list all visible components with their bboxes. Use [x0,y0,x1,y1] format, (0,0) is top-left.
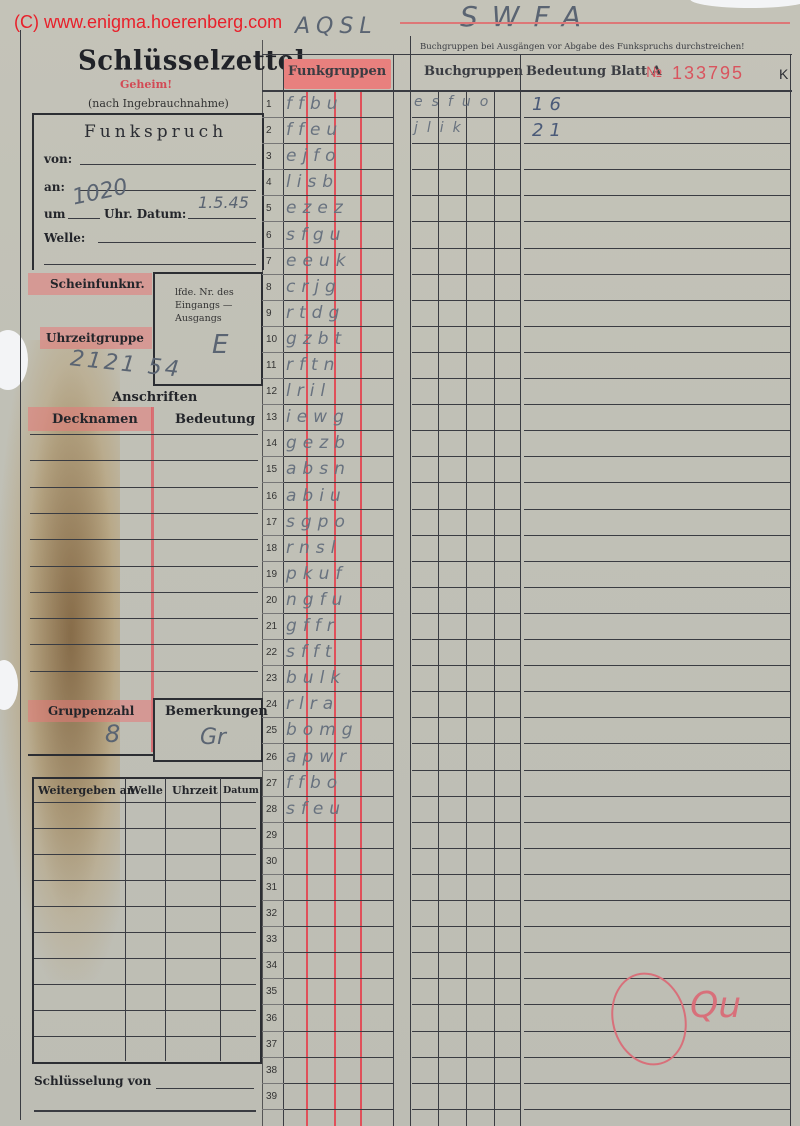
row-number: 16 [266,491,288,502]
row-number: 8 [266,282,288,293]
row-number: 1 [266,99,288,110]
weitergabe-line[interactable] [34,854,256,855]
funkgruppe-cell[interactable]: lisb [286,172,339,192]
funkgruppe-cell[interactable]: rnsl [286,538,341,558]
row-number: 33 [266,934,288,945]
anschriften-line[interactable] [30,513,258,514]
funk-row-line [284,1109,394,1110]
funkgruppe-cell[interactable]: gezb [286,433,351,453]
table-row: 7eeuk [262,249,792,275]
funkgruppe-cell[interactable]: abiu [286,486,347,506]
row-number: 34 [266,960,288,971]
weitergabe-header-2: Welle [129,784,163,797]
table-row: 33 [262,927,792,953]
anschriften-line[interactable] [30,671,258,672]
weitergabe-table [32,777,262,1064]
bed-row-line [524,1109,790,1110]
row-number: 29 [266,830,288,841]
anschriften-line[interactable] [30,566,258,567]
funkgruppe-cell[interactable]: sfft [286,642,338,662]
datum-field[interactable] [188,218,256,219]
table-row: 37 [262,1032,792,1058]
signature-line[interactable] [34,1110,256,1112]
table-row: 5ezez [262,196,792,222]
table-row: 26apwr [262,745,792,771]
table-row: 29 [262,823,792,849]
weitergabe-line[interactable] [34,958,256,959]
table-row: 6sfgu [262,223,792,249]
table-row: 8crjg [262,275,792,301]
table-row: 4lisb [262,170,792,196]
row-number: 31 [266,882,288,893]
funkspruch-heading: Funkspruch [84,122,227,142]
anschriften-line[interactable] [30,539,258,540]
schluesselung-field[interactable] [156,1088,254,1089]
weitergabe-header-4: Datum [223,785,259,796]
table-row: 13iewg [262,405,792,431]
table-row: 20ngfu [262,588,792,614]
weitergabe-col-sep-2 [165,778,166,1061]
funkgruppe-cell[interactable]: eeuk [286,251,352,271]
anschriften-line[interactable] [30,460,258,461]
row-number: 7 [266,256,288,267]
lfde-line-1: lfde. Nr. des [175,286,234,299]
table-row: 3ejfo [262,144,792,170]
handwritten-callsign-right: SWFA [460,0,595,33]
table-row: 22sfft [262,640,792,666]
funkgruppe-cell[interactable]: rftn [286,355,340,375]
gruppenzahl-bottom-line [28,754,154,756]
bedeutung-cell[interactable]: 21 [532,120,567,141]
row-number: 39 [266,1091,288,1102]
table-row: 9rtdg [262,301,792,327]
um-label: um [44,207,65,221]
funkgruppe-cell[interactable]: gzbt [286,329,347,349]
row-number: 6 [266,230,288,241]
row-number: 17 [266,517,288,528]
row-number: 37 [266,1039,288,1050]
uhr-datum-label: Uhr. Datum: [104,207,186,221]
row-number: 36 [266,1013,288,1024]
scheinfunknr-label: Scheinfunknr. [50,277,145,291]
von-field[interactable] [80,164,256,165]
um-field[interactable] [68,218,100,219]
bedeutung-cell[interactable]: 16 [532,94,567,115]
buchgruppe-cell[interactable]: esfuo [414,94,497,110]
row-number: 12 [266,386,288,397]
row-number: 15 [266,464,288,475]
anschriften-line[interactable] [30,592,258,593]
copyright-watermark: (C) www.enigma.hoerenberg.com [14,12,282,33]
weitergabe-line[interactable] [34,1036,256,1037]
row-number: 24 [266,699,288,710]
table-row: 39 [262,1084,792,1110]
buchgruppen-header: Buchgruppen [424,64,523,79]
table-row: 1ffbuesfuo16 [262,92,792,118]
funkgruppe-cell[interactable]: rtdg [286,303,345,323]
table-row: 2ffeujlik21 [262,118,792,144]
row-number: 2 [266,125,288,136]
row-number: 19 [266,569,288,580]
table-row: 23bulk [262,666,792,692]
table-row: 17sgpo [262,510,792,536]
grid-instruction: Buchgruppen bei Ausgängen vor Abgabe des… [420,42,745,52]
funkgruppe-cell[interactable]: gffr [286,616,340,636]
table-row: 32 [262,901,792,927]
row-number: 18 [266,543,288,554]
torn-corner [690,0,800,8]
num-row-line [262,1109,284,1110]
welle-field[interactable] [98,242,256,243]
schluesselung-label: Schlüsselung von [34,1074,151,1088]
funkgruppe-cell[interactable]: ffbo [286,773,343,793]
funkgruppe-cell[interactable]: crjg [286,277,342,297]
bedeutung-left-label: Bedeutung [175,412,255,427]
funkgruppe-cell[interactable]: bulk [286,668,346,688]
lfde-value: E [212,330,228,360]
weitergabe-header-3: Uhrzeit [172,784,218,797]
row-number: 10 [266,334,288,345]
row-number: 25 [266,725,288,736]
weitergabe-col-sep-3 [220,778,221,1061]
anschriften-label: Anschriften [112,390,197,405]
anschriften-line[interactable] [30,644,258,645]
anschriften-line[interactable] [30,487,258,488]
table-row: 12lril [262,379,792,405]
table-row: 11rftn [262,353,792,379]
row-number: 20 [266,595,288,606]
table-row: 38 [262,1058,792,1084]
von-label: von: [44,152,72,166]
weitergabe-line[interactable] [34,880,256,881]
buchgruppe-cell[interactable]: jlik [414,120,470,136]
funkgruppe-cell[interactable]: rlra [286,694,339,714]
uhrzeitgruppe-label: Uhrzeitgruppe [46,331,144,345]
weitergabe-col-sep-1 [125,778,126,1061]
row-number: 9 [266,308,288,319]
lfde-label: lfde. Nr. des Eingangs — Ausgangs [175,286,234,325]
row-number: 27 [266,778,288,789]
weitergabe-line[interactable] [34,984,256,985]
buch-row-line [412,1109,520,1110]
anschriften-line[interactable] [30,434,258,435]
row-number: 5 [266,203,288,214]
weitergabe-line[interactable] [34,932,256,933]
funkgruppe-cell[interactable]: ngfu [286,590,348,610]
serial-suffix: K [779,66,788,82]
bedeutung-header: Bedeutung Blatt A [526,64,662,79]
date-value: 1.5.45 [198,193,249,212]
table-row: 25bomg [262,718,792,744]
table-row: 14gezb [262,431,792,457]
decknamen-label: Decknamen [52,412,138,427]
funkgruppe-cell[interactable]: apwr [286,747,352,767]
funkgruppe-cell[interactable]: ejfo [286,146,342,166]
serial-number: 133795 [672,63,744,84]
funkgruppe-cell[interactable]: ffbu [286,94,344,114]
row-number: 14 [266,438,288,449]
weitergabe-line[interactable] [34,1010,256,1011]
funkgruppe-cell[interactable]: sfeu [286,799,346,819]
table-row: 15absn [262,457,792,483]
lfde-line-2: Eingangs — [175,299,234,312]
row-number: 35 [266,986,288,997]
funkgruppe-cell[interactable]: ezez [286,198,349,218]
funkgruppe-cell[interactable]: absn [286,459,351,479]
row-number: 28 [266,804,288,815]
anschriften-line[interactable] [30,618,258,619]
weitergabe-line[interactable] [34,906,256,907]
table-row: 18rnsl [262,536,792,562]
row-number: 26 [266,752,288,763]
funkgruppe-cell[interactable]: bomg [286,720,359,740]
funkgruppe-cell[interactable]: sgpo [286,512,351,532]
table-row: 21gffr [262,614,792,640]
weitergabe-line[interactable] [34,802,256,803]
perforation-line [400,22,790,24]
table-row: 10gzbt [262,327,792,353]
form-note: (nach Ingebrauchnahme) [88,97,229,110]
form-title: Schlüsselzettel [78,45,305,77]
welle-label: Welle: [44,231,85,245]
table-row: 19pkuf [262,562,792,588]
gruppenzahl-label: Gruppenzahl [48,704,134,718]
table-row: 16abiu [262,484,792,510]
bemerkungen-label: Bemerkungen [165,704,268,719]
table-row: 24rlra [262,692,792,718]
table-row: 31 [262,875,792,901]
weitergabe-line[interactable] [34,828,256,829]
row-number: 23 [266,673,288,684]
bemerkungen-value: Gr [200,725,226,750]
table-row: 28sfeu [262,797,792,823]
grid-top-line [262,54,792,55]
an-label: an: [44,180,65,194]
left-margin-line [20,30,21,1120]
classification-label: Geheim! [120,78,172,91]
funkgruppe-cell[interactable]: sfgu [286,225,346,245]
lfde-line-3: Ausgangs [175,312,234,325]
row-number: 38 [266,1065,288,1076]
row-number: 4 [266,177,288,188]
table-row: 27ffbo [262,771,792,797]
funkgruppen-header: Funkgruppen [288,64,386,79]
funkgruppe-cell[interactable]: iewg [286,407,350,427]
table-row: 34 [262,953,792,979]
weitergabe-header-1: Weitergeben an [38,784,135,797]
row-number: 30 [266,856,288,867]
row-number: 13 [266,412,288,423]
red-mark-text: Qu [690,985,741,1026]
funkgruppe-cell[interactable]: lril [286,381,331,401]
table-row: 30 [262,849,792,875]
row-number: 22 [266,647,288,658]
row-number: 3 [266,151,288,162]
gruppenzahl-value: 8 [105,720,120,748]
row-number: 21 [266,621,288,632]
funkgruppe-cell[interactable]: ffeu [286,120,343,140]
form-sheet: (C) www.enigma.hoerenberg.com AQSL SWFA … [0,0,800,1126]
funkgruppe-cell[interactable]: pkuf [286,564,347,584]
handwritten-callsign-left: AQSL [295,14,378,39]
extra-field[interactable] [44,264,256,265]
serial-prefix: № [646,64,662,81]
row-number: 11 [266,360,288,371]
row-number: 32 [266,908,288,919]
